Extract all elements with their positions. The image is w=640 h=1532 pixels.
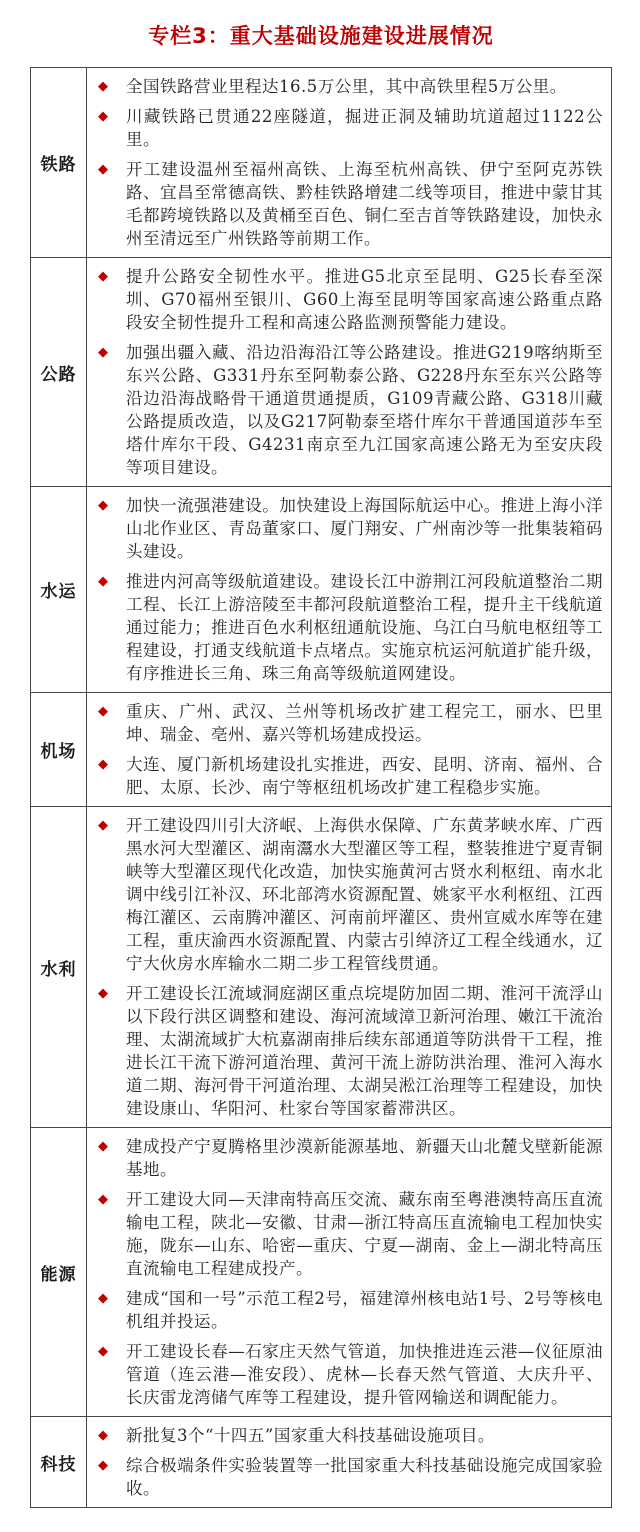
bullet-item: ◆开工建设温州至福州高铁、上海至杭州高铁、伊宁至阿克苏铁路、宜昌至常德高铁、黔桂…: [96, 158, 603, 250]
table-row: 铁路 ◆全国铁路营业里程达16.5万公里，其中高铁里程5万公里。◆川藏铁路已贯通…: [31, 68, 612, 258]
row-category-label: 科技: [31, 1417, 87, 1508]
row-category-label: 水运: [31, 487, 87, 693]
diamond-bullet-icon: ◆: [98, 1424, 109, 1447]
diamond-bullet-icon: ◆: [98, 1135, 109, 1158]
bullet-item: ◆开工建设长春—石家庄天然气管道，加快推进连云港—仪征原油管道（连云港—淮安段）…: [96, 1340, 603, 1409]
table-row: 水利 ◆开工建设四川引大济岷、上海供水保障、广东黄茅峡水库、广西黑水河大型灌区、…: [31, 807, 612, 1128]
row-category-label: 机场: [31, 693, 87, 807]
page-title: 专栏3：重大基础设施建设进展情况: [30, 20, 612, 50]
diamond-bullet-icon: ◆: [98, 1340, 109, 1363]
bullet-item: ◆加强出疆入藏、沿边沿海沿江等公路建设。推进G219喀纳斯至东兴公路、G331丹…: [96, 341, 603, 479]
bullet-item: ◆提升公路安全韧性水平。推进G5北京至昆明、G25长春至深圳、G70福州至银川、…: [96, 265, 603, 334]
bullet-text: 开工建设大同—天津南特高压交流、藏东南至粤港澳特高压直流输电工程，陕北—安徽、甘…: [126, 1190, 603, 1278]
bullet-text: 提升公路安全韧性水平。推进G5北京至昆明、G25长春至深圳、G70福州至银川、G…: [126, 267, 603, 332]
diamond-bullet-icon: ◆: [98, 982, 109, 1005]
diamond-bullet-icon: ◆: [98, 1188, 109, 1211]
bullet-item: ◆建成投产宁夏腾格里沙漠新能源基地、新疆天山北麓戈壁新能源基地。: [96, 1135, 603, 1181]
bullet-text: 加强出疆入藏、沿边沿海沿江等公路建设。推进G219喀纳斯至东兴公路、G331丹东…: [126, 343, 603, 477]
diamond-bullet-icon: ◆: [98, 570, 109, 593]
row-category-label: 水利: [31, 807, 87, 1128]
row-content: ◆建成投产宁夏腾格里沙漠新能源基地、新疆天山北麓戈壁新能源基地。◆开工建设大同—…: [87, 1128, 612, 1417]
bullet-item: ◆重庆、广州、武汉、兰州等机场改扩建工程完工，丽水、巴里坤、瑞金、亳州、嘉兴等机…: [96, 700, 603, 746]
bullet-text: 开工建设长春—石家庄天然气管道，加快推进连云港—仪征原油管道（连云港—淮安段）、…: [126, 1342, 603, 1407]
row-content: ◆全国铁路营业里程达16.5万公里，其中高铁里程5万公里。◆川藏铁路已贯通22座…: [87, 68, 612, 258]
bullet-text: 开工建设长江流域洞庭湖区重点垸堤防加固二期、淮河干流浮山以下段行洪区调整和建设、…: [126, 984, 603, 1118]
table-body: 铁路 ◆全国铁路营业里程达16.5万公里，其中高铁里程5万公里。◆川藏铁路已贯通…: [31, 68, 612, 1508]
bullet-text: 全国铁路营业里程达16.5万公里，其中高铁里程5万公里。: [126, 77, 567, 96]
bullet-text: 建成投产宁夏腾格里沙漠新能源基地、新疆天山北麓戈壁新能源基地。: [126, 1137, 603, 1179]
row-content: ◆重庆、广州、武汉、兰州等机场改扩建工程完工，丽水、巴里坤、瑞金、亳州、嘉兴等机…: [87, 693, 612, 807]
bullet-item: ◆开工建设长江流域洞庭湖区重点垸堤防加固二期、淮河干流浮山以下段行洪区调整和建设…: [96, 982, 603, 1120]
bullet-item: ◆开工建设四川引大济岷、上海供水保障、广东黄茅峡水库、广西黑水河大型灌区、湖南灊…: [96, 814, 603, 975]
bullet-item: ◆加快一流强港建设。加快建设上海国际航运中心。推进上海小洋山北作业区、青岛董家口…: [96, 494, 603, 563]
bullet-item: ◆川藏铁路已贯通22座隧道，掘进正洞及辅助坑道超过1122公里。: [96, 105, 603, 151]
table-row: 科技 ◆新批复3个“十四五”国家重大科技基础设施项目。◆综合极端条件实验装置等一…: [31, 1417, 612, 1508]
row-category-label: 能源: [31, 1128, 87, 1417]
bullet-text: 推进内河高等级航道建设。建设长江中游荆江河段航道整治二期工程、长江上游涪陵至丰都…: [126, 572, 603, 683]
diamond-bullet-icon: ◆: [98, 1287, 109, 1310]
diamond-bullet-icon: ◆: [98, 814, 109, 837]
table-row: 公路 ◆提升公路安全韧性水平。推进G5北京至昆明、G25长春至深圳、G70福州至…: [31, 258, 612, 487]
diamond-bullet-icon: ◆: [98, 158, 109, 181]
table-row: 机场 ◆重庆、广州、武汉、兰州等机场改扩建工程完工，丽水、巴里坤、瑞金、亳州、嘉…: [31, 693, 612, 807]
row-content: ◆开工建设四川引大济岷、上海供水保障、广东黄茅峡水库、广西黑水河大型灌区、湖南灊…: [87, 807, 612, 1128]
row-content: ◆提升公路安全韧性水平。推进G5北京至昆明、G25长春至深圳、G70福州至银川、…: [87, 258, 612, 487]
infrastructure-progress-table: 铁路 ◆全国铁路营业里程达16.5万公里，其中高铁里程5万公里。◆川藏铁路已贯通…: [30, 67, 612, 1508]
bullet-text: 开工建设温州至福州高铁、上海至杭州高铁、伊宁至阿克苏铁路、宜昌至常德高铁、黔桂铁…: [126, 160, 603, 248]
bullet-text: 重庆、广州、武汉、兰州等机场改扩建工程完工，丽水、巴里坤、瑞金、亳州、嘉兴等机场…: [126, 702, 603, 744]
diamond-bullet-icon: ◆: [98, 265, 109, 288]
diamond-bullet-icon: ◆: [98, 105, 109, 128]
bullet-item: ◆建成“国和一号”示范工程2号，福建漳州核电站1号、2号等核电机组并投运。: [96, 1287, 603, 1333]
bullet-text: 川藏铁路已贯通22座隧道，掘进正洞及辅助坑道超过1122公里。: [126, 107, 603, 149]
bullet-item: ◆全国铁路营业里程达16.5万公里，其中高铁里程5万公里。: [96, 75, 603, 98]
bullet-text: 建成“国和一号”示范工程2号，福建漳州核电站1号、2号等核电机组并投运。: [126, 1289, 603, 1331]
bullet-item: ◆大连、厦门新机场建设扎实推进，西安、昆明、济南、福州、合肥、太原、长沙、南宁等…: [96, 753, 603, 799]
bullet-item: ◆综合极端条件实验装置等一批国家重大科技基础设施完成国家验收。: [96, 1454, 603, 1500]
bullet-text: 综合极端条件实验装置等一批国家重大科技基础设施完成国家验收。: [126, 1456, 603, 1498]
bullet-item: ◆新批复3个“十四五”国家重大科技基础设施项目。: [96, 1424, 603, 1447]
document-page: 专栏3：重大基础设施建设进展情况 铁路 ◆全国铁路营业里程达16.5万公里，其中…: [0, 0, 640, 1532]
bullet-text: 开工建设四川引大济岷、上海供水保障、广东黄茅峡水库、广西黑水河大型灌区、湖南灊水…: [126, 816, 603, 973]
diamond-bullet-icon: ◆: [98, 341, 109, 364]
diamond-bullet-icon: ◆: [98, 753, 109, 776]
diamond-bullet-icon: ◆: [98, 75, 109, 98]
bullet-text: 新批复3个“十四五”国家重大科技基础设施项目。: [126, 1426, 495, 1445]
bullet-text: 大连、厦门新机场建设扎实推进，西安、昆明、济南、福州、合肥、太原、长沙、南宁等枢…: [126, 755, 603, 797]
bullet-item: ◆开工建设大同—天津南特高压交流、藏东南至粤港澳特高压直流输电工程，陕北—安徽、…: [96, 1188, 603, 1280]
table-row: 水运 ◆加快一流强港建设。加快建设上海国际航运中心。推进上海小洋山北作业区、青岛…: [31, 487, 612, 693]
row-category-label: 铁路: [31, 68, 87, 258]
table-row: 能源 ◆建成投产宁夏腾格里沙漠新能源基地、新疆天山北麓戈壁新能源基地。◆开工建设…: [31, 1128, 612, 1417]
bullet-text: 加快一流强港建设。加快建设上海国际航运中心。推进上海小洋山北作业区、青岛董家口、…: [126, 496, 603, 561]
diamond-bullet-icon: ◆: [98, 494, 109, 517]
row-content: ◆新批复3个“十四五”国家重大科技基础设施项目。◆综合极端条件实验装置等一批国家…: [87, 1417, 612, 1508]
diamond-bullet-icon: ◆: [98, 700, 109, 723]
diamond-bullet-icon: ◆: [98, 1454, 109, 1477]
bullet-item: ◆推进内河高等级航道建设。建设长江中游荆江河段航道整治二期工程、长江上游涪陵至丰…: [96, 570, 603, 685]
row-content: ◆加快一流强港建设。加快建设上海国际航运中心。推进上海小洋山北作业区、青岛董家口…: [87, 487, 612, 693]
row-category-label: 公路: [31, 258, 87, 487]
